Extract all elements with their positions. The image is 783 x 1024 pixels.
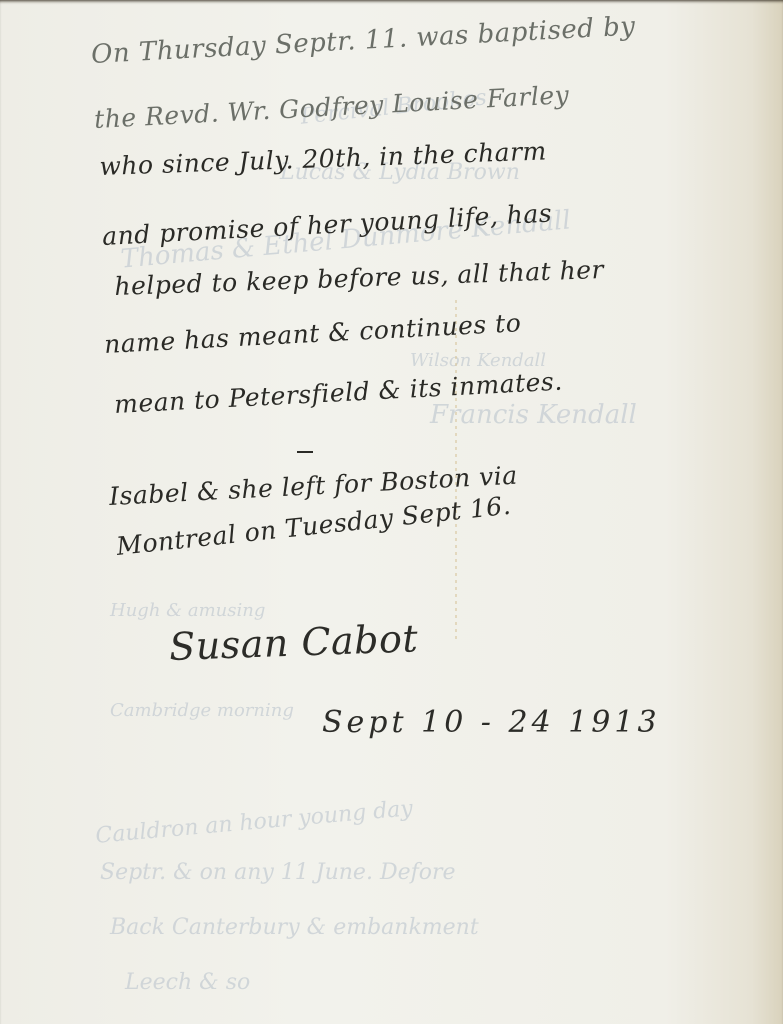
guestbook-page: Percival Brookes Lucas & Lydia Brown Tho… (0, 0, 783, 1024)
bleed-through-line: Cambridge morning (110, 700, 294, 721)
bleed-through-line: Francis Kendall (430, 400, 637, 430)
signature: Susan Cabot (168, 616, 418, 669)
visit-date-range: Sept 10 - 24 1913 (322, 705, 661, 740)
bleed-through-line: Hugh & amusing (110, 600, 265, 621)
bleed-through-line: Leech & so (125, 970, 250, 995)
bleed-through-line: Septr. & on any 11 June. Defore (100, 860, 456, 885)
handwritten-line-1: On Thursday Septr. 11. was baptised by (90, 12, 636, 70)
separator-dash (297, 451, 313, 453)
bleed-through-line: Cauldron an hour young day (95, 796, 414, 849)
bleed-through-line: Back Canterbury & embankment (110, 915, 479, 940)
